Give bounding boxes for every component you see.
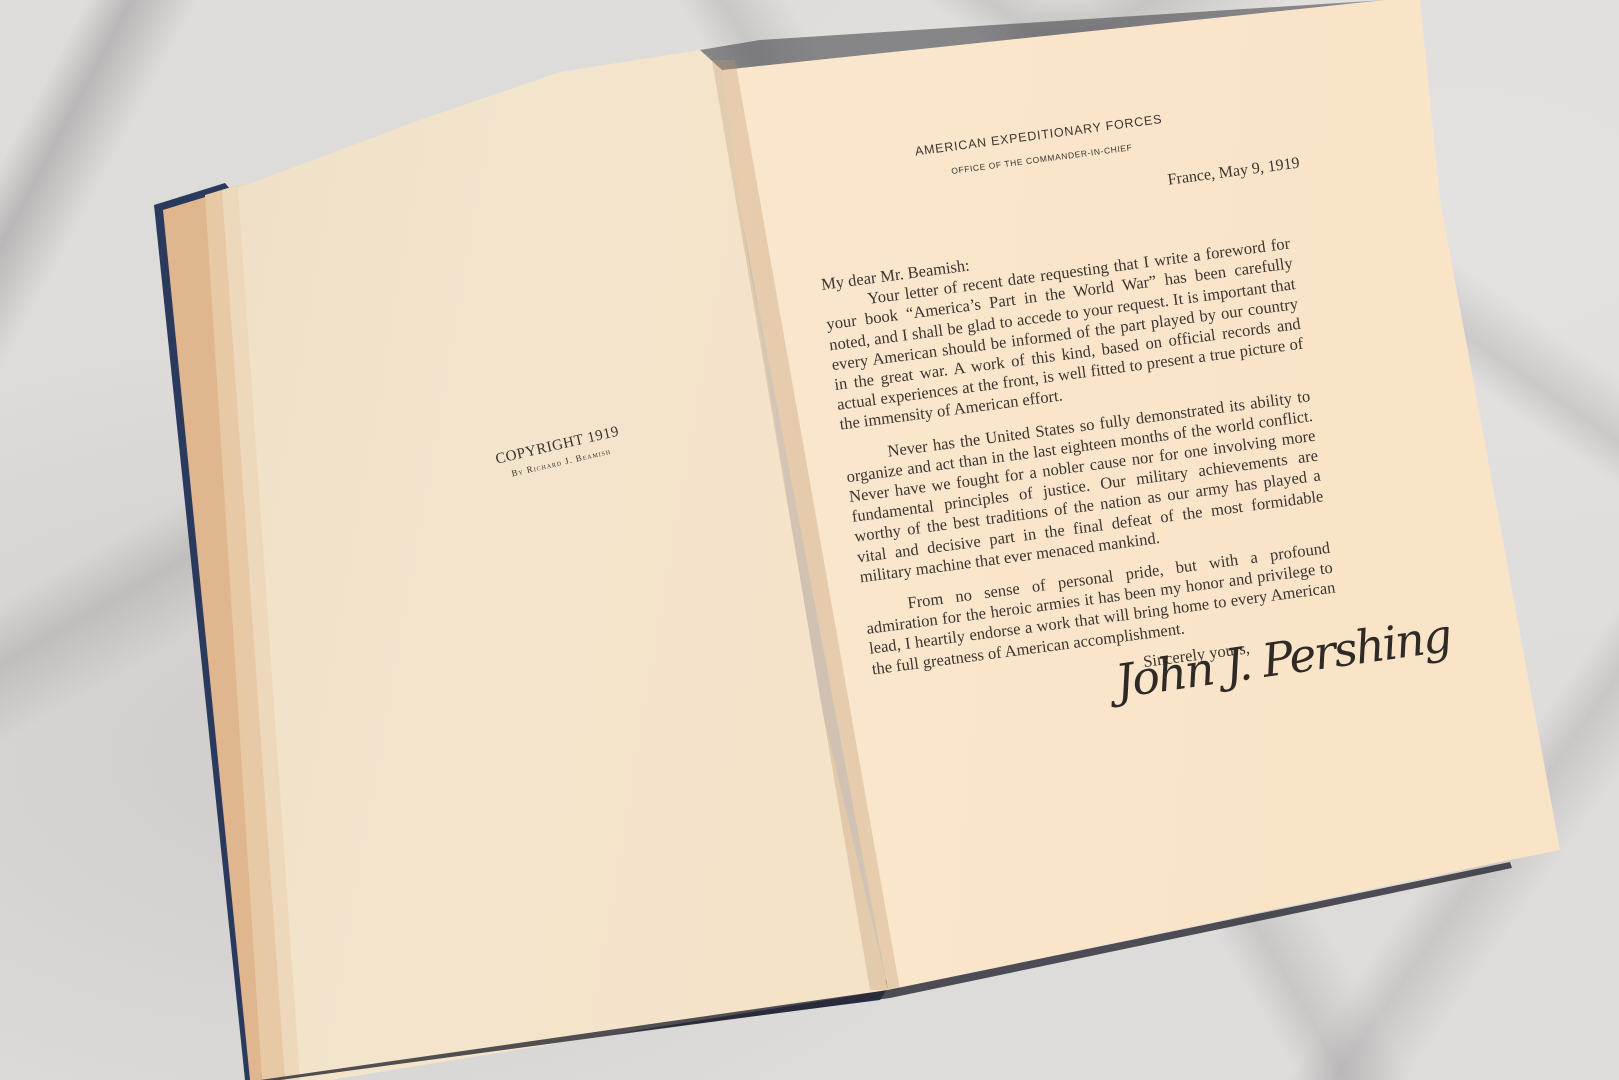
photo-scene: COPYRIGHT 1919 By Richard J. Beamish AME… [0, 0, 1619, 1080]
